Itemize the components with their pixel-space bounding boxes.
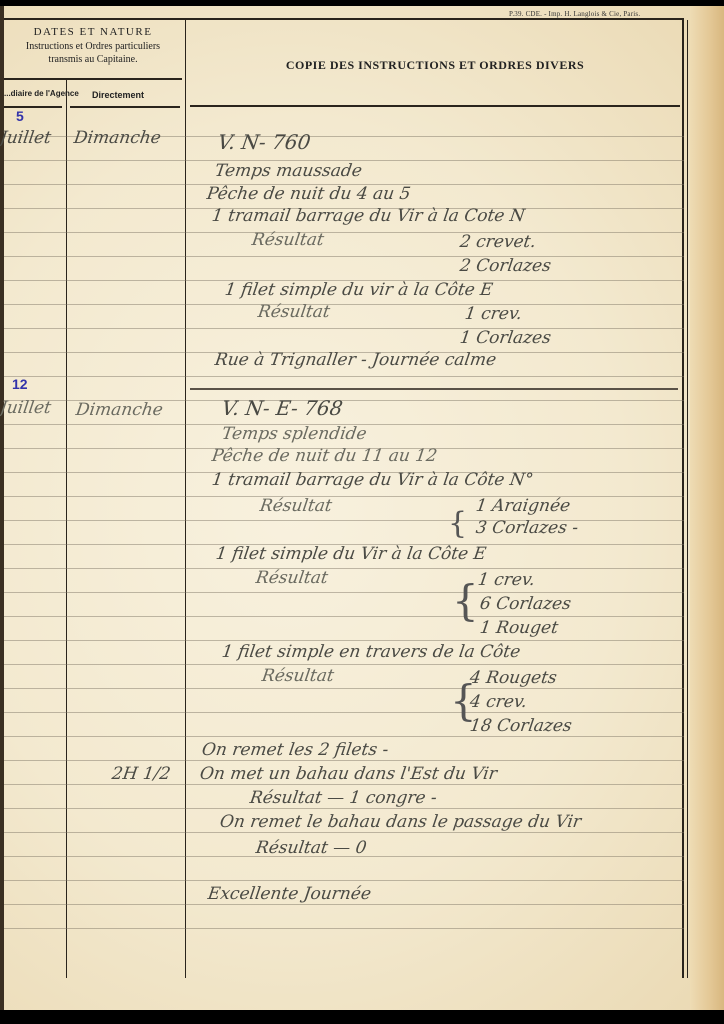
- header-left-line2: Instructions et Ordres particuliers: [4, 41, 182, 52]
- header-left-title: DATES ET NATURE: [4, 26, 182, 38]
- entry-line: 1 Rouget: [479, 618, 560, 638]
- entry-line: 1 Araignée: [475, 496, 572, 516]
- entry-line: V. N- E- 768: [220, 396, 344, 420]
- entry-line: Pêche de nuit du 4 au 5: [206, 184, 412, 204]
- entry-month: Juillet: [0, 128, 52, 148]
- entry-line: 2 Corlazes: [459, 256, 553, 276]
- entry-line: Résultat — 0: [255, 838, 368, 858]
- header-divider-left: [4, 78, 182, 80]
- entry-line: 1 filet simple en travers de la Côte: [221, 642, 522, 662]
- entry-line: 1 Corlazes: [459, 328, 553, 348]
- column-header-directement: Directement: [92, 90, 144, 100]
- entry-weekday: Dimanche: [73, 128, 163, 148]
- column-divider-main: [185, 20, 186, 978]
- right-border: [682, 18, 684, 978]
- entry-line: 1 crev.: [464, 304, 524, 324]
- entry-line: Rue à Trignaller - Journée calme: [214, 350, 498, 370]
- top-border: [4, 18, 684, 20]
- header-divider-right: [190, 105, 680, 107]
- entry-line: 2 crevet.: [459, 232, 538, 252]
- time-note: 2H 1/2: [111, 764, 172, 784]
- entry-line: Excellente Journée: [207, 884, 373, 904]
- entry-line: Résultat: [261, 666, 336, 686]
- column-divider-dates: [66, 78, 67, 978]
- subheader-line-1: [4, 106, 62, 108]
- entry-separator: [190, 388, 678, 390]
- entry-line: Résultat — 1 congre -: [249, 788, 439, 808]
- subheader-line-2: [70, 106, 180, 108]
- brace-icon: {: [452, 576, 479, 625]
- entry-line: Temps maussade: [214, 161, 364, 181]
- entry-line: 1 crev.: [477, 570, 537, 590]
- entry-line: 1 tramail barrage du Vir à la Côte N°: [211, 470, 535, 490]
- binding-edge: [0, 6, 4, 1010]
- entry-line: 1 filet simple du vir à la Côte E: [224, 280, 494, 300]
- entry-line: 3 Corlazes -: [475, 518, 580, 538]
- entry-line: On remet les 2 filets -: [201, 740, 390, 760]
- entry-line: Résultat: [255, 568, 330, 588]
- entry-line: Résultat: [257, 302, 332, 322]
- entry-line: Pêche de nuit du 11 au 12: [211, 446, 439, 466]
- entry-line: Résultat: [251, 230, 326, 250]
- column-header-agence: ...diaire de l'Agence: [4, 89, 79, 98]
- entry-line: Résultat: [259, 496, 334, 516]
- entry-line: 18 Corlazes: [469, 716, 574, 736]
- header-left-line3: transmis au Capitaine.: [4, 54, 182, 65]
- page-title: COPIE DES INSTRUCTIONS ET ORDRES DIVERS: [190, 58, 680, 73]
- right-border-inner: [687, 20, 688, 978]
- printer-imprint: P.39. CDE. - Imp. H. Langlois & Cie, Par…: [509, 10, 640, 18]
- entry-line: V. N- 760: [216, 130, 312, 154]
- entry-line: On met un bahau dans l'Est du Vir: [199, 764, 499, 784]
- entry-line: On remet le bahau dans le passage du Vir: [219, 812, 583, 832]
- day-number: 5: [16, 108, 24, 124]
- brace-icon: {: [448, 506, 467, 541]
- entry-line: 1 tramail barrage du Vir à la Cote N: [211, 206, 527, 226]
- entry-line: 4 crev.: [469, 692, 529, 712]
- day-number: 12: [12, 376, 28, 392]
- entry-line: 6 Corlazes: [479, 594, 573, 614]
- entry-line: 1 filet simple du Vir à la Côte E: [215, 544, 488, 564]
- entry-line: 4 Rougets: [469, 668, 559, 688]
- header-dates-nature: DATES ET NATURE Instructions et Ordres p…: [4, 22, 182, 78]
- entry-month: Juillet: [0, 398, 52, 418]
- entry-weekday: Dimanche: [75, 400, 165, 420]
- entry-line: Temps splendide: [221, 424, 368, 444]
- logbook-page: P.39. CDE. - Imp. H. Langlois & Cie, Par…: [0, 6, 724, 1010]
- page-margin: [690, 6, 724, 1010]
